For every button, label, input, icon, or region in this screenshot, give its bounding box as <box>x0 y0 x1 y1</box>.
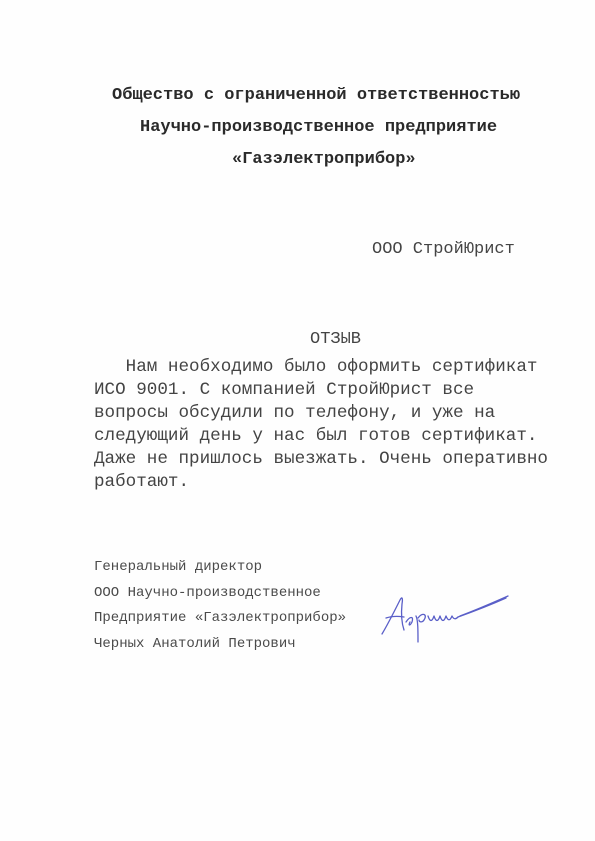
signatory-org-line-1: ООО Научно-производственное <box>94 584 346 610</box>
body-line: вопросы обсудили по телефону, и уже на <box>94 402 564 425</box>
review-body: Нам необходимо было оформить сертификат … <box>94 356 564 494</box>
body-line: ИСО 9001. С компанией СтройЮрист все <box>94 379 564 402</box>
letterhead-line-3: «Газэлектроприбор» <box>232 150 595 169</box>
body-line: следующий день у нас был готов сертифика… <box>94 425 564 448</box>
signatory-position: Генеральный директор <box>94 558 346 584</box>
recipient: ООО СтройЮрист <box>372 240 515 259</box>
handwritten-signature-icon <box>372 586 512 646</box>
document-page: Общество с ограниченной ответственностью… <box>0 0 595 841</box>
signatory-block: Генеральный директор ООО Научно-производ… <box>94 558 346 660</box>
body-line: работают. <box>94 471 564 494</box>
document-title: ОТЗЫВ <box>310 330 361 349</box>
body-line: Даже не пришлось выезжать. Очень операти… <box>94 448 564 471</box>
signatory-name: Черных Анатолий Петрович <box>94 635 346 661</box>
letterhead-line-2: Научно-производственное предприятие <box>140 118 595 137</box>
body-line: Нам необходимо было оформить сертификат <box>94 356 564 379</box>
signatory-org-line-2: Предприятие «Газэлектроприбор» <box>94 609 346 635</box>
letterhead-line-1: Общество с ограниченной ответственностью <box>112 86 595 105</box>
